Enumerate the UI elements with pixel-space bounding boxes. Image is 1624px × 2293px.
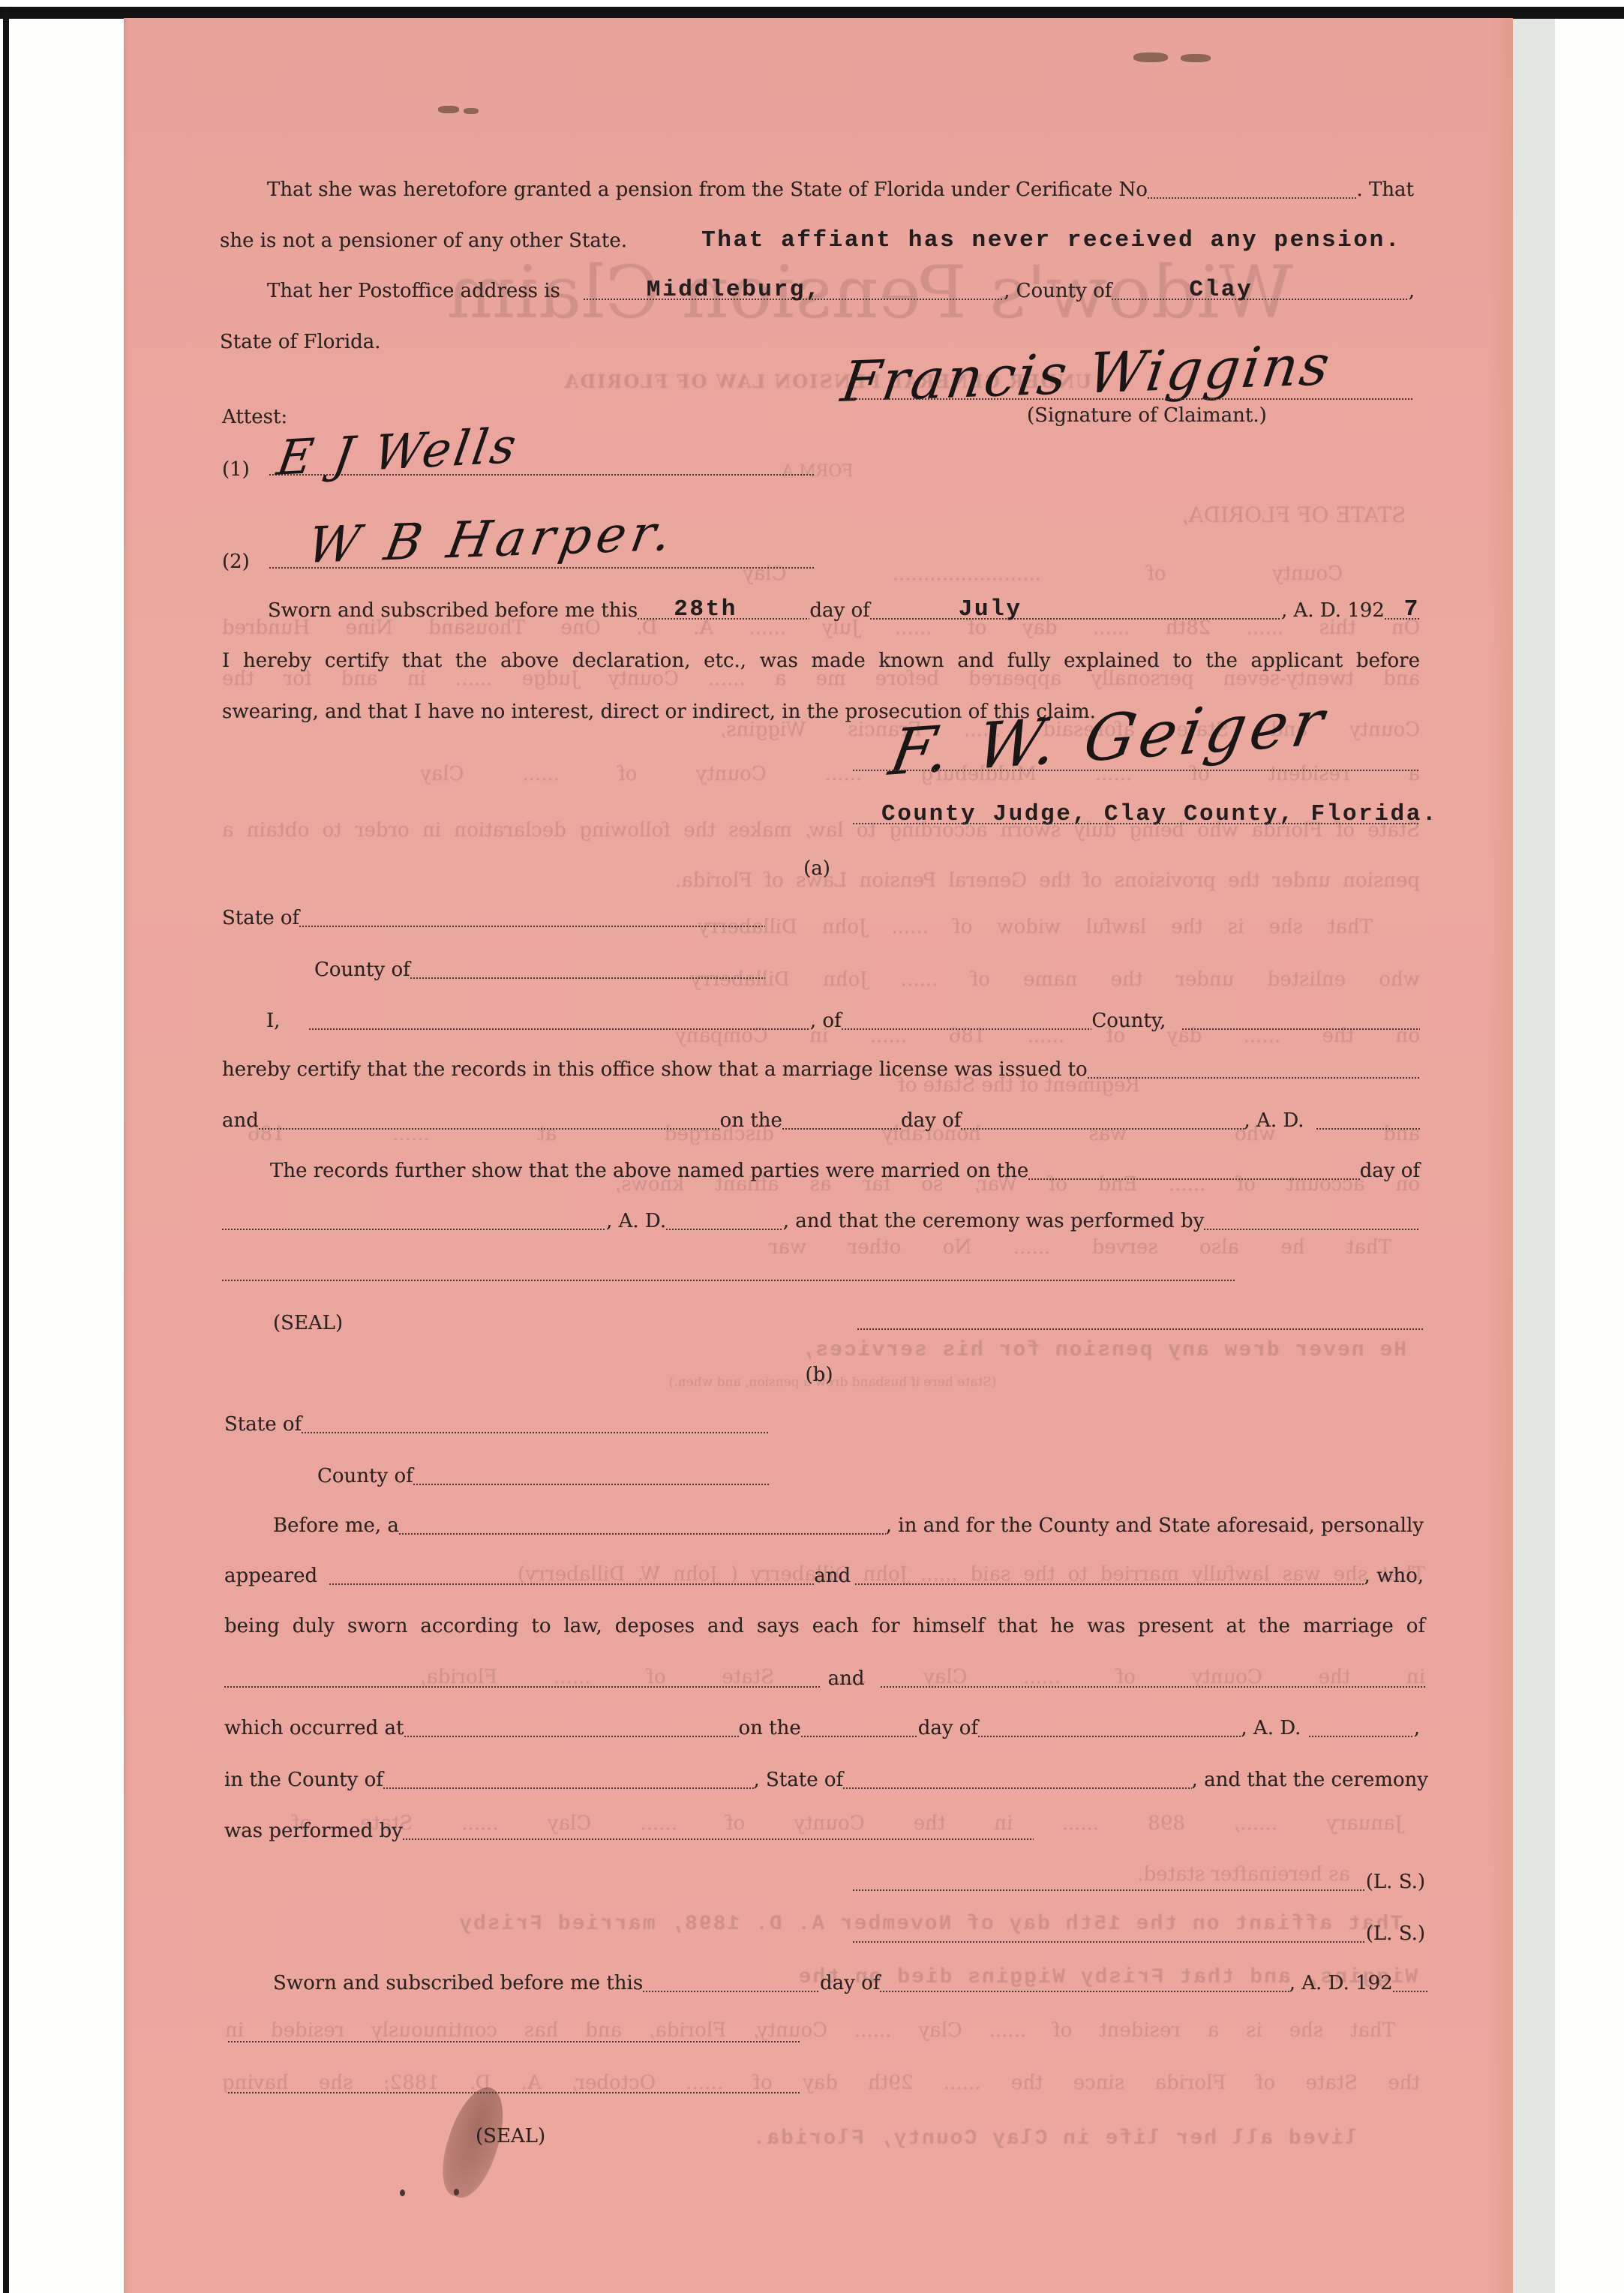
- paper-hole-mark: [464, 108, 479, 114]
- judge-title-line: [853, 823, 1420, 824]
- section-b-state-line: State of: [224, 1412, 769, 1437]
- section-b-year-field: [1309, 1715, 1413, 1741]
- section-a-official-name-field: [309, 1008, 810, 1034]
- section-a-county-field: [410, 957, 765, 983]
- section-b-state-of-label: , State of: [754, 1767, 844, 1793]
- section-a-marriage-month-field: [222, 1208, 606, 1234]
- certificate-suffix: . That: [1356, 177, 1414, 203]
- judge-signature-line: [853, 770, 1420, 771]
- section-a-licensee-2-field: [259, 1108, 720, 1133]
- state-of-florida-text: State of Florida.: [220, 329, 381, 355]
- section-a-ad-label: , A. D.: [1244, 1108, 1304, 1133]
- section-b-and-label: and: [814, 1563, 851, 1589]
- section-a-records-text: The records further show that the above …: [270, 1158, 1028, 1184]
- witness-1-number: (1): [222, 457, 250, 482]
- section-b-county-label: County of: [317, 1463, 413, 1489]
- section-b-who-label: , who,: [1364, 1563, 1424, 1589]
- claimant-signature-caption-line: (Signature of Claimant.): [1027, 403, 1267, 428]
- section-a-official-line: I, , of County,: [266, 1008, 1420, 1034]
- paper-hole-mark: [1181, 54, 1211, 62]
- section-b-in-and-for-text: , in and for the County and State afores…: [886, 1513, 1424, 1538]
- section-b-witness-2-field: [855, 1563, 1364, 1589]
- section-b-affiant-1-signature-field: [853, 1869, 1366, 1895]
- attest-label: Attest:: [222, 404, 287, 430]
- section-b-officer-title-field: [399, 1513, 886, 1538]
- jurat-line: Sworn and subscribed before me this 28th…: [268, 598, 1420, 623]
- section-a-official-title-field: [1182, 1008, 1420, 1034]
- section-a-official-county-field: [842, 1008, 1092, 1034]
- section-b-county-field: [413, 1463, 769, 1489]
- ghost-line: who enlisted under the name of ...... Jo…: [690, 967, 1420, 992]
- section-b-before-me-label: Before me, a: [273, 1513, 399, 1538]
- section-a-license-day-field: [782, 1108, 901, 1133]
- section-b-ad-label: , A. D.: [1241, 1715, 1301, 1741]
- section-b-witness-1-field: [329, 1563, 814, 1589]
- section-b-seal-line: (SEAL): [476, 2123, 545, 2149]
- ghost-line: That she is the lawful widow of ...... J…: [698, 914, 1373, 940]
- postoffice-value: Middleburg,: [647, 278, 821, 303]
- section-a-day-of-end: day of: [1360, 1158, 1420, 1184]
- section-a-of-label: , of: [810, 1008, 842, 1034]
- section-a-seal-line: (SEAL): [273, 1310, 343, 1336]
- section-a-marriage-day-field: [1028, 1158, 1359, 1184]
- witness-2-number: (2): [222, 549, 250, 575]
- ink-speck: [454, 2189, 459, 2195]
- section-a-i-label: I,: [266, 1008, 281, 1034]
- attest-line: Attest:: [222, 404, 287, 430]
- ghost-line: That he also served ...... No other war: [769, 1235, 1391, 1260]
- section-a-license-line: hereby certify that the records in this …: [222, 1057, 1420, 1082]
- section-a-records-line: The records further show that the above …: [270, 1158, 1420, 1184]
- section-b-jurat-month-field: [880, 1970, 1289, 1996]
- section-b-appeared-label: appeared: [224, 1563, 317, 1589]
- county-suffix: ,: [1409, 278, 1415, 304]
- section-b-day-of-label: day of: [918, 1715, 978, 1741]
- section-a-license-year-field: [1316, 1108, 1420, 1133]
- section-b-marriage-state-field: [843, 1767, 1191, 1793]
- section-b-seal-label: (SEAL): [476, 2123, 545, 2149]
- jurat-year-field: 7: [1385, 598, 1420, 623]
- certificate-line: That she was heretofore granted a pensio…: [267, 177, 1414, 203]
- section-b-place-field: [404, 1715, 739, 1741]
- not-pensioner-text: she is not a pensioner of any other Stat…: [220, 228, 627, 254]
- certificate-label: That she was heretofore granted a pensio…: [267, 177, 1148, 203]
- section-b-party-2-field: [881, 1666, 1425, 1691]
- section-a-officiant-field: [1204, 1208, 1420, 1234]
- section-b-ls-line-2: (L. S.): [853, 1921, 1425, 1946]
- section-b-ceremony-text: , and that the ceremony: [1192, 1767, 1428, 1793]
- section-b-on-the-label: on the: [739, 1715, 801, 1741]
- ghost-state-heading: STATE OF FLORIDA,: [1166, 503, 1421, 528]
- section-b-county-line: County of: [317, 1463, 769, 1489]
- section-a-county-label: County of: [314, 957, 410, 983]
- sworn-label: Sworn and subscribed before me this: [268, 598, 638, 623]
- section-b-jurat-ad-label: , A. D. 192: [1289, 1970, 1393, 1996]
- section-b-officer-title-line: [228, 2092, 801, 2093]
- section-b-parties-line: and: [224, 1666, 1425, 1691]
- jurat-month-value: July: [959, 597, 1022, 623]
- certify-line-1: I hereby certify that the above declarat…: [222, 648, 1420, 674]
- section-b-and-label-2: and: [828, 1666, 865, 1691]
- section-b-party-1-field: [224, 1666, 821, 1691]
- section-a-state-label: State of: [222, 905, 299, 931]
- section-a-and-line: and on the day of , A. D.: [222, 1108, 1420, 1133]
- section-a-signature-line: [857, 1328, 1424, 1330]
- section-b-ls-label-2: (L. S.): [1366, 1921, 1425, 1946]
- section-b-ls-label-1: (L. S.): [1366, 1869, 1425, 1895]
- postoffice-line: That her Postoffice address is Middlebur…: [267, 278, 1415, 304]
- ink-speck: [400, 2189, 405, 2196]
- jurat-year-value: 7: [1404, 597, 1420, 623]
- witness-1-line: (1): [222, 457, 250, 482]
- section-b-jurat-year-field: [1393, 1970, 1428, 1996]
- jurat-ad-label: , A. D. 192: [1281, 598, 1385, 623]
- section-b-affiant-2-signature-field: [853, 1921, 1366, 1946]
- section-b-officiant-field: [403, 1818, 1034, 1844]
- section-a-license-month-field: [961, 1108, 1244, 1133]
- section-a-and-label: and: [222, 1108, 259, 1133]
- section-b-marker: (b): [797, 1362, 842, 1388]
- section-a-ad-label-2: , A. D.: [606, 1208, 666, 1234]
- section-a-on-the-label: on the: [720, 1108, 782, 1133]
- section-b-performed-by-line: was performed by: [224, 1818, 1034, 1844]
- section-b-in-county-label: in the County of: [224, 1767, 383, 1793]
- section-b-marriage-county-field: [383, 1767, 754, 1793]
- certificate-number-field: [1148, 177, 1357, 203]
- ghost-line: lived all her life in Clay County, Flori…: [698, 2126, 1358, 2152]
- section-b-being-sworn-line: being duly sworn according to law, depos…: [224, 1613, 1425, 1639]
- section-a-state-line: State of: [222, 905, 765, 931]
- section-b-comma: ,: [1414, 1715, 1420, 1741]
- section-a-marker: (a): [794, 856, 839, 881]
- witness-2-line: (2): [222, 549, 250, 575]
- typed-no-pension-statement: That affiant has never received any pens…: [701, 228, 1401, 254]
- section-a-county-line: County of: [314, 957, 765, 983]
- section-b-state-field: [302, 1412, 769, 1437]
- ghost-form-label: FORM A: [758, 459, 878, 485]
- section-a-ceremony-line: , A. D. , and that the ceremony was perf…: [222, 1208, 1420, 1234]
- ghost-line: County of ........................ Clay: [743, 561, 1343, 587]
- county-value: Clay: [1189, 278, 1253, 303]
- section-a-day-of-label: day of: [901, 1108, 961, 1133]
- section-b-jurat-day-field: [643, 1970, 820, 1996]
- backing-sheet-edge: [1511, 19, 1555, 2293]
- jurat-day-field: 28th: [638, 598, 809, 623]
- state-line: State of Florida.: [220, 329, 381, 355]
- section-a-licensee-1-field: [1088, 1057, 1420, 1082]
- section-b-county-state-line: in the County of , State of , and that t…: [224, 1767, 1428, 1793]
- section-a-officiant-continuation-line: [222, 1280, 1235, 1281]
- county-label: , County of: [1004, 278, 1112, 304]
- witness-1-signature: E J Wells: [274, 422, 522, 483]
- section-a-certify-text: hereby certify that the records in this …: [222, 1057, 1088, 1082]
- scanner-frame-left-edge: [3, 7, 9, 2293]
- jurat-month-field: July: [870, 598, 1281, 623]
- county-field: Clay: [1112, 278, 1408, 304]
- claimant-signature-line: [850, 398, 1414, 400]
- section-a-state-field: [299, 905, 765, 931]
- section-b-appeared-line: appeared and , who,: [224, 1563, 1424, 1589]
- section-b-day-field: [801, 1715, 918, 1741]
- paper-hole-mark: [1133, 53, 1168, 62]
- section-b-state-label: State of: [224, 1412, 302, 1437]
- section-b-officer-signature-line: [228, 2041, 801, 2042]
- section-b-occurred-line: which occurred at on the day of , A. D. …: [224, 1715, 1420, 1741]
- witness-2-signature: W B Harper.: [304, 508, 680, 571]
- claimant-signature-caption: (Signature of Claimant.): [1027, 403, 1267, 428]
- section-a-marriage-year-field: [666, 1208, 783, 1234]
- section-b-ls-line-1: (L. S.): [853, 1869, 1425, 1895]
- jurat-day-of-label: day of: [809, 598, 869, 623]
- ghost-line: pension under the provisions of the Gene…: [675, 868, 1420, 893]
- ghost-line: He never drew any pension for his servic…: [630, 1338, 1406, 1364]
- ghost-line: That she is a resident of ...... Clay ..…: [225, 2018, 1395, 2043]
- section-a-county-comma-label: County,: [1091, 1008, 1166, 1034]
- section-b-sworn-label: Sworn and subscribed before me this: [273, 1970, 643, 1996]
- section-b-jurat-day-of-label: day of: [820, 1970, 880, 1996]
- scanner-frame-top-edge: [0, 7, 1624, 19]
- pensioner-statement-line: she is not a pensioner of any other Stat…: [220, 228, 1401, 254]
- postoffice-field: Middleburg,: [584, 278, 1004, 304]
- section-b-jurat-line: Sworn and subscribed before me this day …: [273, 1970, 1428, 1996]
- section-b-before-me-line: Before me, a , in and for the County and…: [273, 1513, 1424, 1538]
- section-a-ceremony-text: , and that the ceremony was performed by: [783, 1208, 1205, 1234]
- jurat-day-value: 28th: [674, 597, 737, 623]
- postoffice-label: That her Postoffice address is: [267, 278, 560, 304]
- paper-hole-mark: [438, 106, 459, 113]
- section-a-seal-label: (SEAL): [273, 1310, 343, 1336]
- section-b-performed-by-label: was performed by: [224, 1818, 403, 1844]
- section-b-occurred-label: which occurred at: [224, 1715, 404, 1741]
- section-b-month-field: [978, 1715, 1241, 1741]
